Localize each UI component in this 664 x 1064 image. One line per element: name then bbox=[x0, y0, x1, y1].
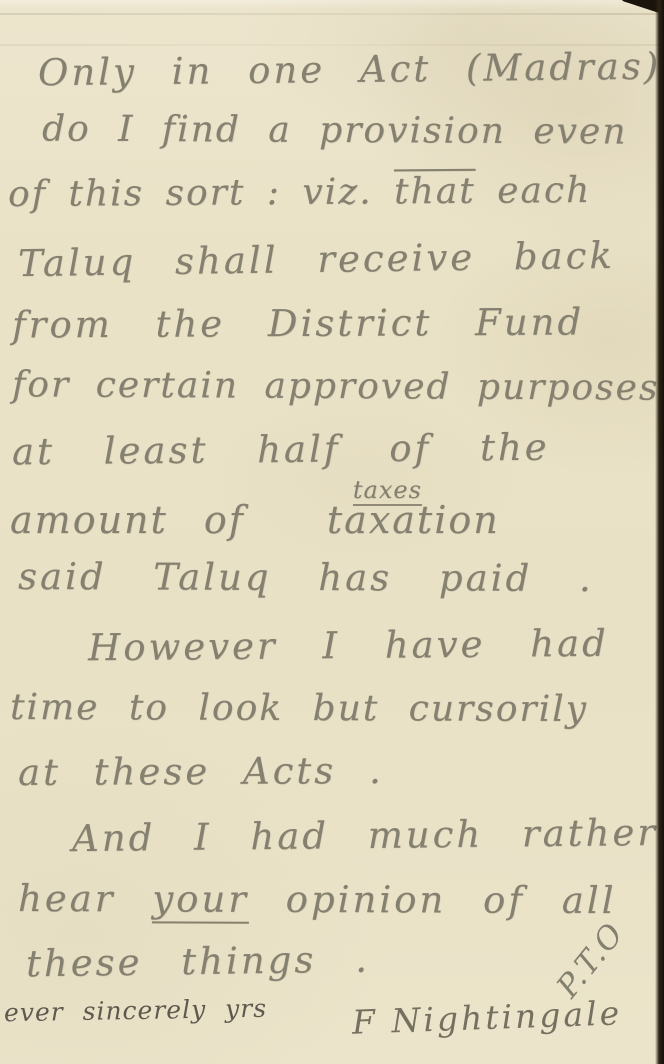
handwritten-line: Only in one Act (Madras) bbox=[38, 45, 662, 95]
line-segment: amount of bbox=[10, 498, 245, 542]
inserted-word: taxes bbox=[353, 476, 422, 506]
pto-note: P.T.O bbox=[550, 915, 632, 1004]
line-segment-overlined: that bbox=[394, 171, 476, 213]
handwritten-line: at least half of the bbox=[12, 426, 550, 474]
handwritten-line: from the District Fund bbox=[12, 301, 584, 347]
handwritten-line: And I had much rather bbox=[72, 811, 658, 860]
line-segment: opinion of all bbox=[286, 878, 617, 922]
handwritten-line: of this sort : viz. that each bbox=[8, 170, 592, 215]
handwritten-line: time to look but cursorily bbox=[10, 687, 588, 730]
handwritten-line: Taluq shall receive back bbox=[18, 234, 615, 285]
handwritten-line: these things . bbox=[26, 938, 370, 986]
handwritten-line: said Taluq has paid . bbox=[18, 555, 594, 600]
scan-right-edge bbox=[655, 0, 664, 1064]
handwritten-line: at these Acts . bbox=[18, 749, 384, 794]
handwritten-line: hear your opinion of all bbox=[18, 877, 617, 922]
paper-crease bbox=[0, 13, 664, 15]
line-segment: each bbox=[497, 170, 591, 212]
handwritten-line: However I have had bbox=[88, 622, 609, 670]
handwritten-line: do I find a provision even bbox=[42, 108, 628, 152]
handwritten-line: for certain approved purposes bbox=[12, 364, 660, 408]
line-segment: hear bbox=[18, 877, 116, 920]
scan-top-band bbox=[0, 0, 664, 10]
handwritten-line-with-insertion: amount of taxes taxation bbox=[10, 498, 500, 542]
line-segment-underlined: your bbox=[152, 877, 249, 923]
letter-page: Only in one Act (Madras) do I find a pro… bbox=[0, 0, 664, 1064]
line-segment: of this sort : viz. bbox=[8, 171, 373, 215]
corrected-word: taxes taxation bbox=[327, 498, 500, 542]
signature: F Nightingale bbox=[351, 993, 622, 1041]
valediction: ever sincerely yrs bbox=[4, 994, 268, 1028]
